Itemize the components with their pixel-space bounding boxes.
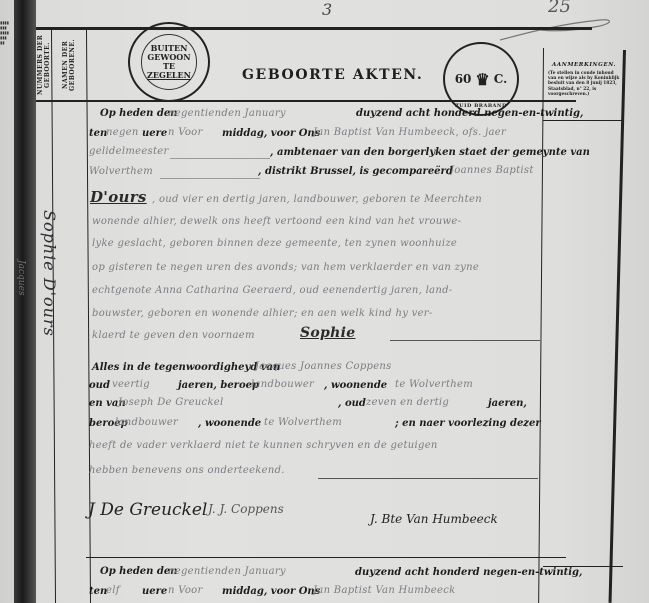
margin-faint-note: Jacques (16, 260, 26, 296)
stamp-buiten-gewoon: BUITEN GEWOON TE ZEGELEN (128, 22, 210, 102)
record-printed: Op heden den (100, 108, 178, 119)
notes-title: AANMERKINGEN. (545, 62, 623, 68)
book-binding-shadow (14, 0, 36, 603)
signature-de-greuckel: J De Greuckel (88, 500, 207, 520)
document-title: GEBOORTE AKTEN. (242, 67, 423, 83)
child-name: Sophie (300, 325, 355, 341)
record-official: Jan Baptist Van Humbeeck, ofs. jaer (313, 127, 506, 138)
record-separator (86, 557, 566, 558)
adjacent-page-fragment: ▮▮▮▮▮▮▮▮▮▮▮▮▮▮▮▮ (0, 20, 14, 100)
signature-van-humbeeck: J. Bte Van Humbeeck (370, 512, 498, 526)
notes-body: (Te stellen in conde inhoud van en wijze… (545, 71, 623, 97)
witness2-name: Joseph De Greuckel (118, 397, 224, 408)
crown-icon: ♛ (475, 70, 489, 89)
header-top-rule (36, 27, 592, 30)
page-number: 3 (322, 0, 332, 19)
notes-underline (543, 120, 623, 121)
column-header-names: NAMEN DER GEBOORENE. (62, 34, 76, 96)
record-date: negentienden January (168, 108, 286, 119)
register-page: ▮▮▮▮▮▮▮▮▮▮▮▮▮▮▮▮ 3 25 NUMMERS DER GEBOOR… (0, 0, 649, 603)
witness1-name: Jacques Joannes Coppens (255, 361, 392, 372)
signature-coppens: J. J. Coppens (208, 502, 284, 516)
column-header-numbers: NUMMERS DER GEBOORTE. (37, 34, 51, 96)
right-border (609, 50, 626, 603)
father-surname: D'ours (90, 188, 147, 206)
tax-stamp-60c: 60 ♛ C. ZUID BRABAND (443, 42, 519, 116)
notes-divider (538, 48, 544, 603)
margin-child-name: Sophie D'ours (40, 210, 59, 337)
